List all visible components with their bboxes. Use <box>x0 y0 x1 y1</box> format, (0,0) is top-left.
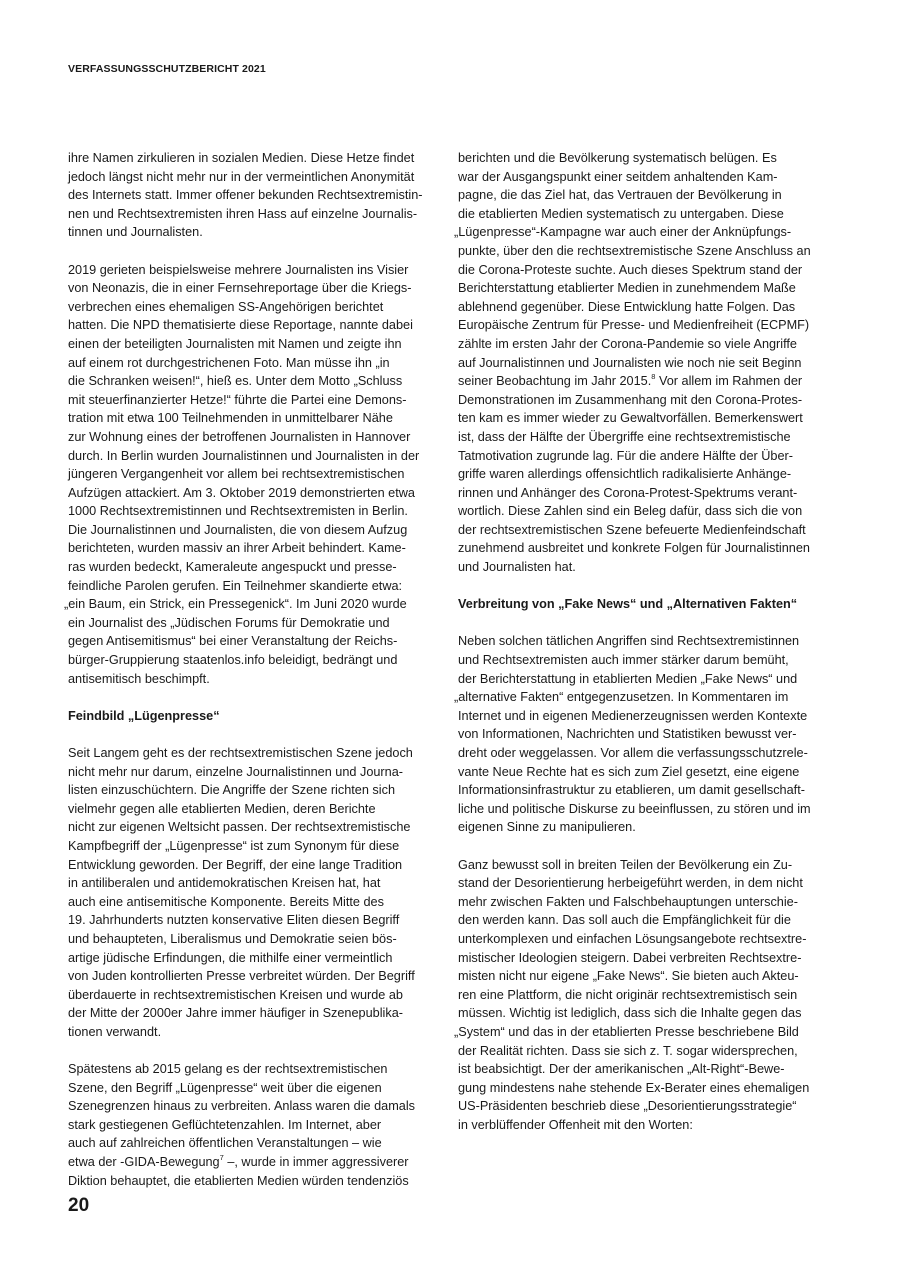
text-line: ist beabsichtigt. Der der amerikanischen… <box>458 1060 834 1079</box>
text-line: 2019 gerieten beispielsweise mehrere Jou… <box>68 261 444 280</box>
text-line: misten nicht nur eigene „Fake News“. Sie… <box>458 967 834 986</box>
text-line: rinnen und Anhänger des Corona-Protest-S… <box>458 484 834 503</box>
text-line: auf einem rot durchgestrichenen Foto. Ma… <box>68 354 444 373</box>
text-line: nicht zur eigenen Weltsicht passen. Der … <box>68 818 444 837</box>
text-line: „System“ und das in der etablierten Pres… <box>454 1023 834 1042</box>
text-line: artige jüdische Erfindungen, die mithilf… <box>68 949 444 968</box>
text-line: und Journalisten hat. <box>458 558 834 577</box>
text-line: Szenegrenzen hinaus zu verbreiten. Anlas… <box>68 1097 444 1116</box>
text-line: jüngeren Vergangenheit vor allem bei rec… <box>68 465 444 484</box>
text-line: zählte im ersten Jahr der Corona-Pandemi… <box>458 335 834 354</box>
text-line: Spätestens ab 2015 gelang es der rechtse… <box>68 1060 444 1079</box>
text-line: Die Journalistinnen und Journalisten, di… <box>68 521 444 540</box>
text-line: Informationsinfrastruktur zu etablieren,… <box>458 781 834 800</box>
text-line: ablehnend gegenüber. Diese Entwicklung h… <box>458 298 834 317</box>
text-line: ten kam es immer wieder zu Gewaltvorfäll… <box>458 409 834 428</box>
text-line: tration mit etwa 100 Teilnehmenden in un… <box>68 409 444 428</box>
paragraph: Spätestens ab 2015 gelang es der rechtse… <box>68 1060 444 1190</box>
text-line: wortlich. Diese Zahlen sind ein Beleg da… <box>458 502 834 521</box>
text-line: auch eine antisemitische Komponente. Ber… <box>68 893 444 912</box>
text-line: und Rechtsextremisten auch immer stärker… <box>458 651 834 670</box>
text-line: listen einzuschüchtern. Die Angriffe der… <box>68 781 444 800</box>
text-line: von Informationen, Nachrichten und Stati… <box>458 725 834 744</box>
text-line: auch auf zahlreichen öffentlichen Verans… <box>68 1134 444 1153</box>
text-line: punkte, über den die rechtsextremistisch… <box>458 242 834 261</box>
left-column: ihre Namen zirkulieren in sozialen Medie… <box>68 149 444 1190</box>
text-line: verbrechen eines ehemaligen SS-Angehörig… <box>68 298 444 317</box>
text-fragment: –, wurde in immer aggressiverer <box>224 1155 409 1169</box>
paragraph: berichten und die Bevölkerung systematis… <box>458 149 834 577</box>
paragraph: Ganz bewusst soll in breiten Teilen der … <box>458 856 834 1135</box>
text-line: antisemitisch beschimpft. <box>68 670 444 689</box>
text-line: Internet und in eigenen Medienerzeugniss… <box>458 707 834 726</box>
text-line: der Realität richten. Dass sie sich z. T… <box>458 1042 834 1061</box>
text-fragment: seiner Beobachtung im Jahr 2015. <box>458 374 651 388</box>
text-line: Seit Langem geht es der rechtsextremisti… <box>68 744 444 763</box>
text-line: US-Präsidenten beschrieb diese „Desorien… <box>458 1097 834 1116</box>
paragraph-spacer <box>458 614 834 633</box>
text-line: Europäische Zentrum für Presse- und Medi… <box>458 316 834 335</box>
text-line: der rechtsextremistischen Szene befeuert… <box>458 521 834 540</box>
text-line: durch. In Berlin wurden Journalistinnen … <box>68 447 444 466</box>
text-line: berichteten, wurden massiv an ihrer Arbe… <box>68 539 444 558</box>
paragraph-spacer <box>458 577 834 596</box>
text-line: liche und politische Diskurse zu beeinfl… <box>458 800 834 819</box>
text-line: griffe waren allerdings offensichtlich r… <box>458 465 834 484</box>
paragraph-spacer <box>68 725 444 744</box>
page-number: 20 <box>68 1195 89 1217</box>
text-line: überdauerte in rechtsextremistischen Kre… <box>68 986 444 1005</box>
text-line: ihre Namen zirkulieren in sozialen Medie… <box>68 149 444 168</box>
text-line: müssen. Wichtig ist lediglich, dass sich… <box>458 1004 834 1023</box>
text-line: Entwicklung geworden. Der Begriff, der e… <box>68 856 444 875</box>
text-line: mehr zwischen Fakten und Falschbehauptun… <box>458 893 834 912</box>
paragraph-spacer <box>68 688 444 707</box>
text-line: etwa der -GIDA-Bewegung7 –, wurde in imm… <box>68 1153 444 1172</box>
text-line: Demonstrationen im Zusammenhang mit den … <box>458 391 834 410</box>
text-line: eigenen Sinne zu manipulieren. <box>458 818 834 837</box>
right-column: berichten und die Bevölkerung systematis… <box>458 149 834 1134</box>
paragraph-spacer <box>458 837 834 856</box>
text-line: ein Journalist des „Jüdischen Forums für… <box>68 614 444 633</box>
text-line: hatten. Die NPD thematisierte diese Repo… <box>68 316 444 335</box>
text-line: Kampfbegriff der „Lügenpresse“ ist zum S… <box>68 837 444 856</box>
text-line: Tatmotivation zugrunde lag. Für die ande… <box>458 447 834 466</box>
text-line: mit steuerfinanzierter Hetze!“ führte di… <box>68 391 444 410</box>
text-line: „Lügenpresse“-Kampagne war auch einer de… <box>454 223 834 242</box>
text-line: einen der beteiligten Journalisten mit N… <box>68 335 444 354</box>
paragraph: 2019 gerieten beispielsweise mehrere Jou… <box>68 261 444 689</box>
text-line: mistischer Ideologien steigern. Dabei ve… <box>458 949 834 968</box>
text-line: den werden kann. Das soll auch die Empfä… <box>458 911 834 930</box>
text-line: und behaupteten, Liberalismus und Demokr… <box>68 930 444 949</box>
text-line: Szene, den Begriff „Lügenpresse“ weit üb… <box>68 1079 444 1098</box>
paragraph: Seit Langem geht es der rechtsextremisti… <box>68 744 444 1042</box>
text-line: ist, dass der Hälfte der Übergriffe eine… <box>458 428 834 447</box>
text-line: war der Ausgangspunkt einer seitdem anha… <box>458 168 834 187</box>
text-line: zunehmend ausbreitet und konkrete Folgen… <box>458 539 834 558</box>
text-line: vante Neue Rechte hat es sich zum Ziel g… <box>458 763 834 782</box>
text-line: gegen Antisemitismus“ bei einer Veransta… <box>68 632 444 651</box>
section-heading: Feindbild „Lügenpresse“ <box>68 707 444 726</box>
footnote-ref-8[interactable]: 8 <box>651 372 655 381</box>
section-heading: Verbreitung von „Fake News“ und „Alterna… <box>458 595 834 614</box>
text-line: des Internets statt. Immer offener bekun… <box>68 186 444 205</box>
text-line: tionen verwandt. <box>68 1023 444 1042</box>
text-line: nicht mehr nur darum, einzelne Journalis… <box>68 763 444 782</box>
text-line: von Neonazis, die in einer Fernsehreport… <box>68 279 444 298</box>
text-line: 19. Jahrhunderts nutzten konservative El… <box>68 911 444 930</box>
text-line: zur Wohnung eines der betroffenen Journa… <box>68 428 444 447</box>
text-line: jedoch längst nicht mehr nur in der verm… <box>68 168 444 187</box>
text-line: gung mindestens nahe stehende Ex-Berater… <box>458 1079 834 1098</box>
paragraph-spacer <box>68 242 444 261</box>
text-line: auf Journalistinnen und Journalisten wie… <box>458 354 834 373</box>
text-line: die Corona-Proteste suchte. Auch dieses … <box>458 261 834 280</box>
text-line: Ganz bewusst soll in breiten Teilen der … <box>458 856 834 875</box>
text-line: stark gestiegenen Geflüchtetenzahlen. Im… <box>68 1116 444 1135</box>
text-line: Berichterstattung etablierter Medien in … <box>458 279 834 298</box>
text-line: in verblüffender Offenheit mit den Worte… <box>458 1116 834 1135</box>
text-line: bürger-Gruppierung staatenlos.info belei… <box>68 651 444 670</box>
paragraph: ihre Namen zirkulieren in sozialen Medie… <box>68 149 444 242</box>
text-fragment: Vor allem im Rahmen der <box>655 374 802 388</box>
footnote-ref-7[interactable]: 7 <box>220 1153 224 1162</box>
running-header: VERFASSUNGSSCHUTZBERICHT 2021 <box>68 63 266 75</box>
text-line: berichten und die Bevölkerung systematis… <box>458 149 834 168</box>
text-line: von Juden kontrollierten Presse verbreit… <box>68 967 444 986</box>
text-line: „ein Baum, ein Strick, ein Pressegenick“… <box>64 595 444 614</box>
text-line: die etablierten Medien systematisch zu u… <box>458 205 834 224</box>
text-line: dreht oder weggelassen. Vor allem die ve… <box>458 744 834 763</box>
text-line: stand der Desorientierung herbeigeführt … <box>458 874 834 893</box>
text-line: tinnen und Journalisten. <box>68 223 444 242</box>
text-line: feindliche Parolen gerufen. Ein Teilnehm… <box>68 577 444 596</box>
text-line: Neben solchen tätlichen Angriffen sind R… <box>458 632 834 651</box>
text-fragment: etwa der -GIDA-Bewegung <box>68 1155 220 1169</box>
text-line: „alternative Fakten“ entgegenzusetzen. I… <box>454 688 834 707</box>
text-line: pagne, die das Ziel hat, das Vertrauen d… <box>458 186 834 205</box>
text-line: 1000 Rechtsextremistinnen und Rechtsextr… <box>68 502 444 521</box>
text-line: vielmehr gegen alle etablierten Medien, … <box>68 800 444 819</box>
text-line: die Schranken weisen!“, hieß es. Unter d… <box>68 372 444 391</box>
text-line: seiner Beobachtung im Jahr 2015.8 Vor al… <box>458 372 834 391</box>
paragraph: Neben solchen tätlichen Angriffen sind R… <box>458 632 834 837</box>
text-line: der Mitte der 2000er Jahre immer häufige… <box>68 1004 444 1023</box>
text-line: Aufzügen attackiert. Am 3. Oktober 2019 … <box>68 484 444 503</box>
text-line: nen und Rechtsextremisten ihren Hass auf… <box>68 205 444 224</box>
text-line: Diktion behauptet, die etablierten Medie… <box>68 1172 444 1191</box>
text-line: ras wurden bedeckt, Kameraleute angespuc… <box>68 558 444 577</box>
text-line: unterkomplexen und einfachen Lösungsange… <box>458 930 834 949</box>
text-line: in antiliberalen und antidemokratischen … <box>68 874 444 893</box>
paragraph-spacer <box>68 1042 444 1061</box>
text-line: der Berichterstattung in etablierten Med… <box>458 670 834 689</box>
text-line: ren eine Plattform, die nicht originär r… <box>458 986 834 1005</box>
